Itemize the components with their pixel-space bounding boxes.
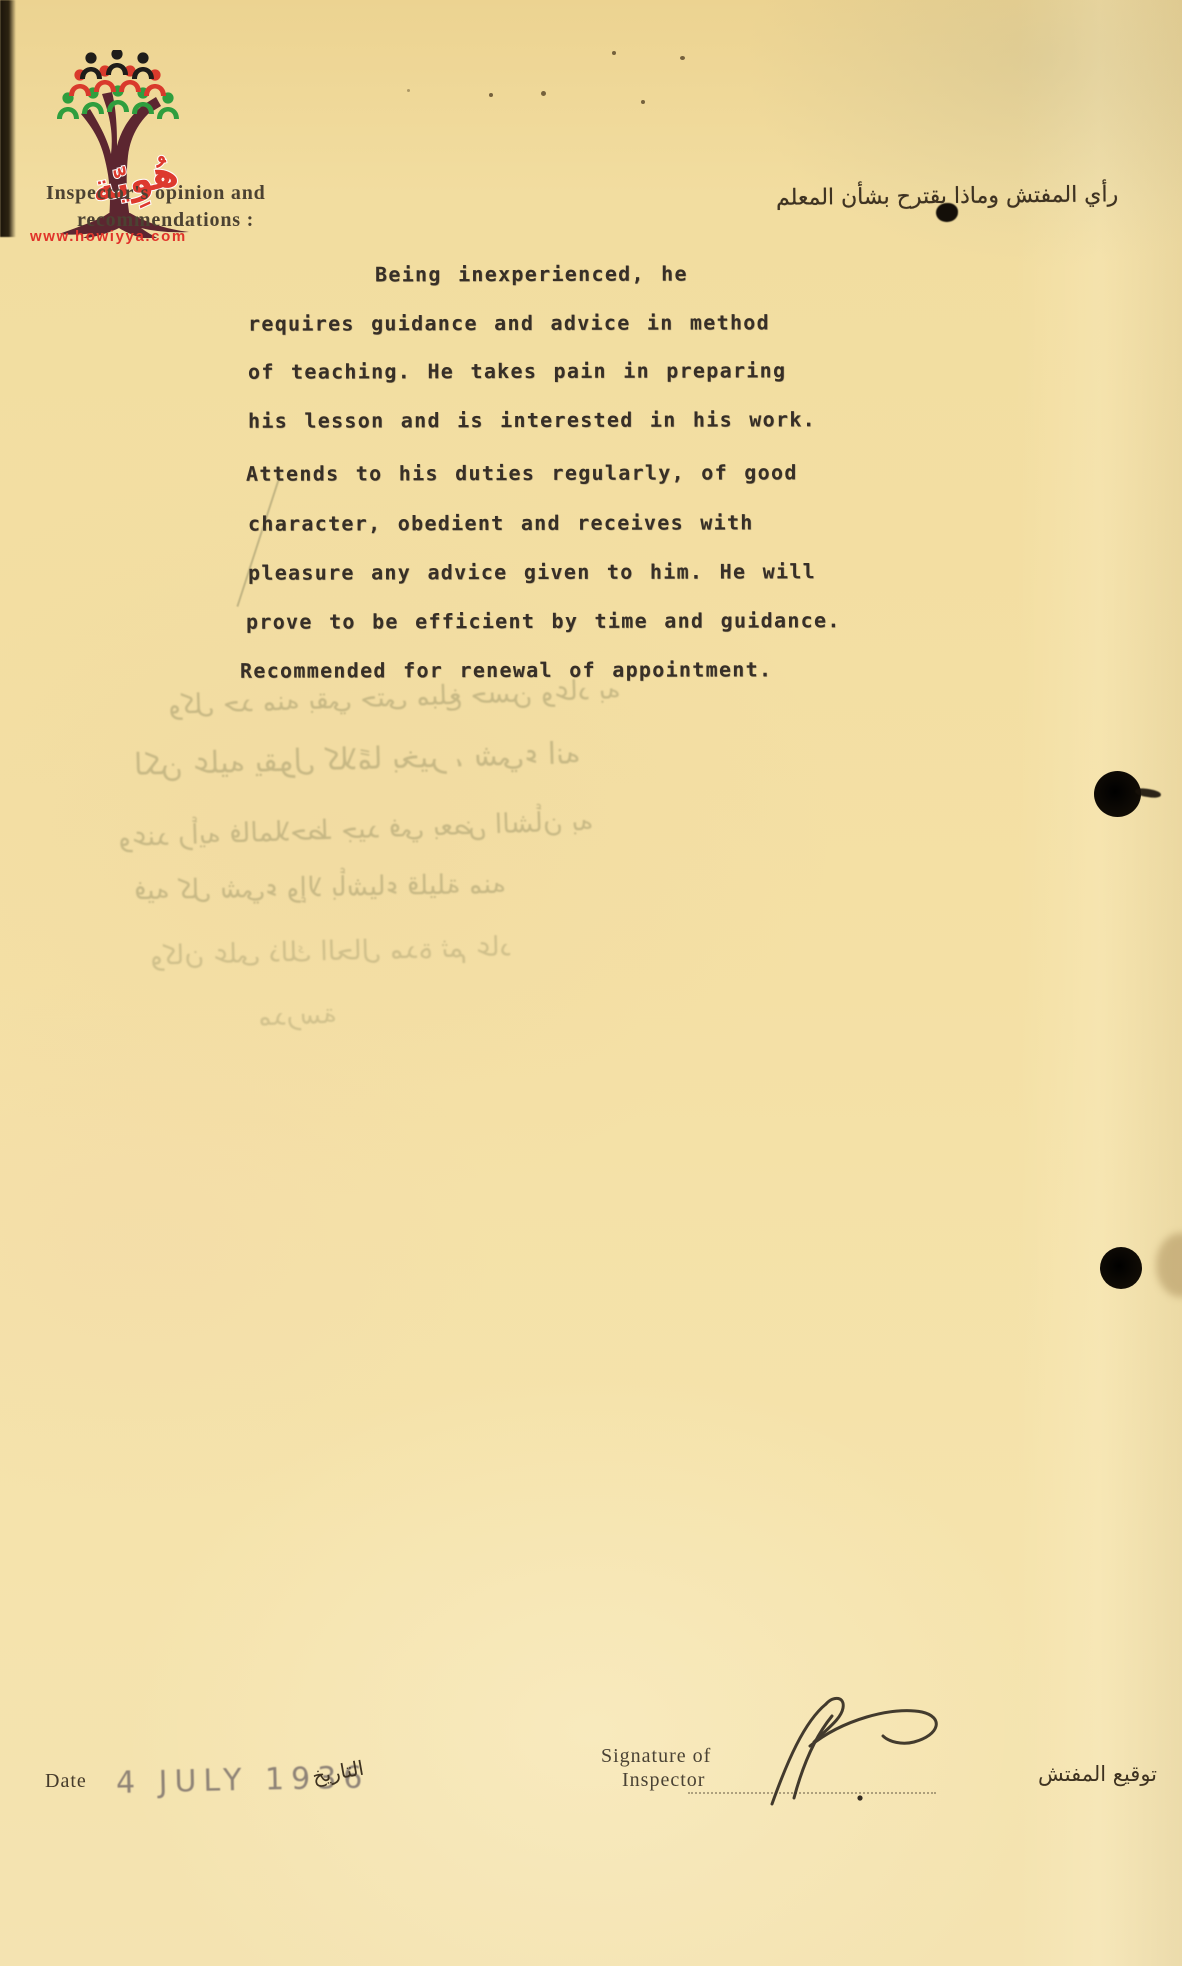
ghost-line: وكان على ذلك الحال مدة ثم عاد [150, 931, 512, 971]
inspector-opinion-label-line1: Inspector's opinion and [46, 182, 266, 205]
ghost-line: وعند رأيه فالملاحظ جيد في بعض الشأن به [118, 806, 594, 854]
date-label: Date [45, 1770, 87, 1793]
ink-speck [641, 100, 645, 104]
punch-hole-top [1094, 771, 1141, 817]
stray-pencil-mark [236, 473, 281, 607]
report-line: pleasure any advice given to him. He wil… [248, 559, 816, 584]
inspector-signature [742, 1692, 962, 1810]
ink-speck [541, 91, 546, 96]
ghost-line: فيه كل شيء وإلا بأشياء قليلة منه [134, 869, 507, 906]
report-line: Being inexperienced, he [375, 262, 688, 287]
scanned-document-page: هُوِيّة Inspector's opinion and recommen… [0, 0, 1182, 1966]
report-line: his lesson and is interested in his work… [248, 407, 816, 432]
report-line: prove to be efficient by time and guidan… [246, 608, 841, 634]
ghost-line: مدرسة [257, 999, 337, 1033]
scan-edge-shadow [0, 0, 16, 237]
ghost-line: لكن عليه يقول كلامًا بخير ، شيء انه [134, 736, 581, 783]
signature-label-line1: Signature of [601, 1745, 711, 1768]
watermark-url: www.howiyya.com [30, 228, 215, 245]
ghost-line: وكل حد منه بقي حتى مبلغ حسن وعاد به [168, 674, 621, 721]
report-line: requires guidance and advice in method [248, 310, 770, 335]
brown-stain [1156, 1233, 1182, 1297]
report-line: character, obedient and receives with [248, 510, 754, 535]
ink-speck [680, 56, 685, 60]
report-line: of teaching. He takes pain in preparing [248, 358, 786, 383]
report-line: Attends to his duties regularly, of good [246, 460, 798, 485]
ink-speck [612, 51, 616, 55]
ink-blot [936, 203, 958, 222]
ink-speck [407, 89, 410, 92]
people-row-black [80, 50, 154, 79]
punch-hole-bottom [1100, 1247, 1142, 1289]
ink-speck [489, 93, 493, 97]
signature-label-arabic: توقيع المفتش [1038, 1762, 1157, 1786]
